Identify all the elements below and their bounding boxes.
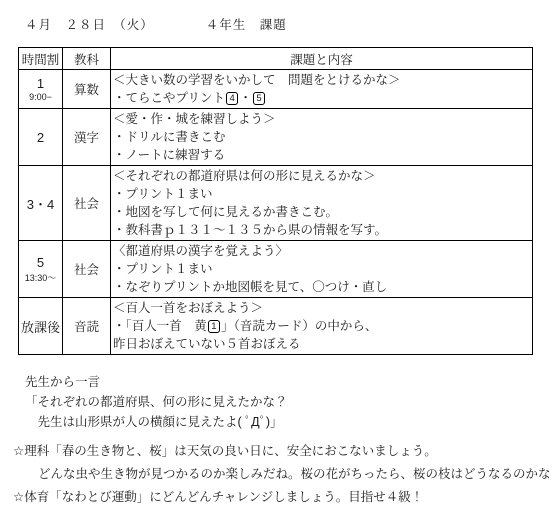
table-row-period2: 2 漢字 ＜愛・作・城を練習しよう＞ ・ドリルに書きこむ ・ノートに練習する [19,109,533,166]
task-heading: 〈都道府県の漢字を覚えよう〉 [113,242,530,260]
subject-cell: 社会 [63,241,111,298]
period-cell: 5 13:30～ [19,241,63,298]
task-item: ・なぞりプリントか地図帳を見て、〇つけ・直し [113,278,530,296]
grade-label: ４年生 課題 [206,18,287,32]
subject-cell: 音読 [63,298,111,355]
page-title: ４月 ２８日 （火）４年生 課題 [25,15,287,33]
task-item: ・地図を写して何に見えるか書きこむ。 [113,203,530,221]
period-cell: 1 9:00− [19,70,63,109]
header-content: 課題と内容 [111,48,533,70]
period-cell: 3・4 [19,166,63,241]
task-text: 」（音読カード）の中から、 [221,319,377,333]
content-cell: ＜大きい数の学習をいかして 問題をとけるかな＞ ・てらこやプリント4・5 [111,70,533,109]
task-item-continued: 昨日おぼえていない５首おぼえる [113,335,530,353]
content-cell: 〈都道府県の漢字を覚えよう〉 ・プリント１まい ・なぞりプリントか地図帳を見て、… [111,241,533,298]
table-row-period1: 1 9:00− 算数 ＜大きい数の学習をいかして 問題をとけるかな＞ ・てらこや… [19,70,533,109]
content-cell: ＜百人一首をおぼえよう＞ ・「百人一首 黄1」（音読カード）の中から、 昨日おぼ… [111,298,533,355]
task-item: ・てらこやプリント4・5 [113,89,530,107]
date-label: ４月 ２８日 （火） [25,18,154,32]
task-text: ・「百人一首 黄 [113,319,207,333]
task-heading: ＜それぞれの都道府県は何の形に見えるかな＞ [113,167,530,185]
subject-cell: 漢字 [63,109,111,166]
assignment-table: 時間割 教科 課題と内容 1 9:00− 算数 ＜大きい数の学習をいかして 問題… [18,47,533,355]
teacher-comment-section: 先生から一言 「それぞれの都道府県、何の形に見えたかな？ 先生は山形県が人の横顔… [25,372,288,432]
task-item: ・「百人一首 黄1」（音読カード）の中から、 [113,317,530,335]
period-cell: 2 [19,109,63,166]
science-note-line2: どんな虫や生き物が見つかるのか楽しみだね。桜の花がちったら、桜の枝はどうなるのか… [13,463,552,486]
content-cell: ＜それぞれの都道府県は何の形に見えるかな＞ ・プリント１まい ・地図を写して何に… [111,166,533,241]
period-time: 13:30～ [21,271,60,284]
handout-page: { "title": { "date": "４月 ２８日 （火）", "grad… [0,0,552,515]
teacher-comment-line1: 「それぞれの都道府県、何の形に見えたかな？ [25,392,288,412]
period-number: 1 [21,76,60,91]
task-heading: ＜百人一首をおぼえよう＞ [113,299,530,317]
teacher-comment-line2: 先生は山形県が人の横顔に見えたよ( ﾟДﾟ)」 [25,412,288,432]
boxed-number-5: 5 [253,92,265,105]
table-row-afterschool: 放課後 音読 ＜百人一首をおぼえよう＞ ・「百人一首 黄1」（音読カード）の中か… [19,298,533,355]
task-item: ・ノートに練習する [113,146,530,164]
period-number: 5 [21,255,60,270]
table-row-period5: 5 13:30～ 社会 〈都道府県の漢字を覚えよう〉 ・プリント１まい ・なぞり… [19,241,533,298]
task-text: ・ [239,91,252,105]
table-row-period3-4: 3・4 社会 ＜それぞれの都道府県は何の形に見えるかな＞ ・プリント１まい ・地… [19,166,533,241]
science-note-line1: ☆理科「春の生き物と、桜」は天気の良い日に、安全におこないましょう。 [13,440,552,463]
task-text: ・てらこやプリント [113,91,225,105]
task-heading: ＜愛・作・城を練習しよう＞ [113,110,530,128]
task-item: ・ドリルに書きこむ [113,128,530,146]
header-subject: 教科 [63,48,111,70]
subject-cell: 算数 [63,70,111,109]
task-item: ・プリント１まい [113,185,530,203]
task-item: ・プリント１まい [113,260,530,278]
table-header-row: 時間割 教科 課題と内容 [19,48,533,70]
pe-note-line: ☆体育「なわとび運動」にどんどんチャレンジしましょう。目指せ４級！ [13,486,552,509]
task-heading: ＜大きい数の学習をいかして 問題をとけるかな＞ [113,71,530,89]
subject-cell: 社会 [63,166,111,241]
period-cell: 放課後 [19,298,63,355]
boxed-number-1: 1 [208,320,220,333]
boxed-number-4: 4 [226,92,238,105]
period-time: 9:00− [21,92,60,102]
header-period: 時間割 [19,48,63,70]
teacher-comment-heading: 先生から一言 [25,372,288,392]
additional-notes-section: ☆理科「春の生き物と、桜」は天気の良い日に、安全におこないましょう。 どんな虫や… [13,440,552,509]
content-cell: ＜愛・作・城を練習しよう＞ ・ドリルに書きこむ ・ノートに練習する [111,109,533,166]
task-item: ・教科書ｐ１３１～１３５から県の情報を写す。 [113,221,530,239]
